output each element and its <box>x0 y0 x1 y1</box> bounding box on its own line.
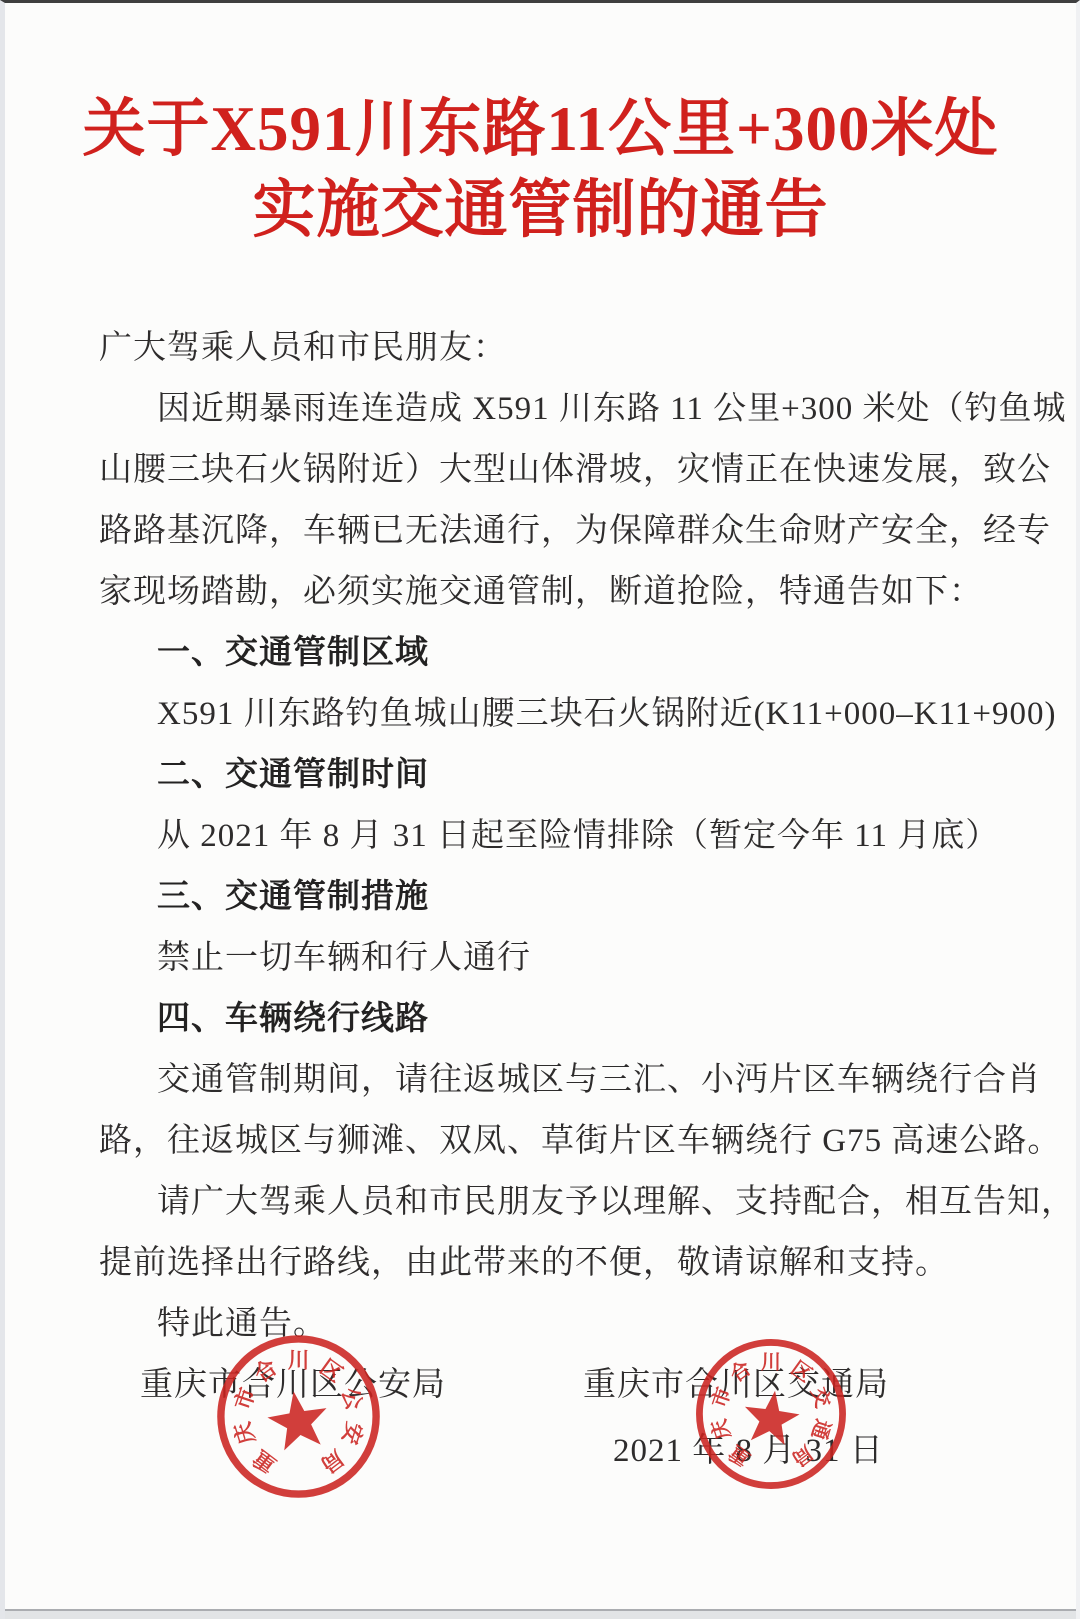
svg-text:区: 区 <box>315 1355 347 1387</box>
svg-text:市: 市 <box>231 1384 261 1412</box>
body-line: 因近期暴雨连连造成 X591 川东路 11 公里+300 米处（钓鱼城 <box>99 379 990 440</box>
body-line: 路，往返城区与狮滩、双凤、草街片区车辆绕行 G75 高速公路。 <box>99 1111 990 1172</box>
svg-text:合: 合 <box>725 1356 755 1387</box>
svg-text:局: 局 <box>787 1440 817 1470</box>
svg-text:川: 川 <box>288 1349 310 1373</box>
svg-text:公: 公 <box>337 1385 367 1413</box>
body-line: 路路基沉降，车辆已无法通行，为保障群众生命财产安全，经专 <box>99 501 990 562</box>
svg-text:合: 合 <box>249 1354 281 1387</box>
document-body: 广大驾乘人员和市民朋友： 因近期暴雨连连造成 X591 川东路 11 公里+30… <box>99 318 990 1482</box>
scan-edge <box>5 1609 1076 1619</box>
svg-text:庆: 庆 <box>706 1416 735 1442</box>
svg-text:重: 重 <box>248 1445 281 1478</box>
document-title: 关于X591川东路11公里+300米处 实施交通管制的通告 <box>5 3 1076 251</box>
section-heading-4: 四、车辆绕行线路 <box>99 989 990 1050</box>
svg-text:重: 重 <box>724 1440 754 1471</box>
section-heading-2: 二、交通管制时间 <box>99 745 990 806</box>
svg-text:庆: 庆 <box>229 1419 259 1447</box>
svg-text:安: 安 <box>337 1419 367 1447</box>
svg-text:川: 川 <box>761 1350 781 1373</box>
title-line-2: 实施交通管制的通告 <box>5 170 1076 251</box>
svg-text:市: 市 <box>707 1384 735 1410</box>
body-line: 山腰三块石火锅附近）大型山体滑坡，灾情正在快速发展，致公 <box>99 440 990 501</box>
section-heading-1: 一、交通管制区域 <box>99 623 990 684</box>
official-seal-transport-bureau: 重庆市合川区交通局 <box>694 1337 848 1491</box>
official-seal-public-security-bureau: 重庆市合川区公安局 <box>215 1333 382 1500</box>
body-line: 家现场踏勘，必须实施交通管制，断道抢险，特通告如下： <box>99 562 990 623</box>
svg-text:区: 区 <box>787 1357 817 1387</box>
salutation: 广大驾乘人员和市民朋友： <box>99 318 990 379</box>
section-text-3: 禁止一切车辆和行人通行 <box>99 928 990 989</box>
notice-document: 关于X591川东路11公里+300米处 实施交通管制的通告 广大驾乘人员和市民朋… <box>0 0 1080 1619</box>
section-text-1: X591 川东路钓鱼城山腰三块石火锅附近(K11+000–K11+900) <box>99 684 990 745</box>
section-text-4: 交通管制期间，请往返城区与三汇、小沔片区车辆绕行合肖 <box>99 1050 990 1111</box>
body-line: 请广大驾乘人员和市民朋友予以理解、支持配合，相互告知， <box>99 1172 990 1233</box>
section-text-2: 从 2021 年 8 月 31 日起至险情排除（暂定今年 11 月底） <box>99 806 990 867</box>
svg-text:通: 通 <box>807 1417 835 1443</box>
body-line: 提前选择出行路线，由此带来的不便，敬请谅解和支持。 <box>99 1233 990 1294</box>
section-heading-3: 三、交通管制措施 <box>99 867 990 928</box>
svg-text:局: 局 <box>316 1445 348 1477</box>
svg-text:交: 交 <box>806 1384 835 1411</box>
title-line-1: 关于X591川东路11公里+300米处 <box>5 89 1076 170</box>
